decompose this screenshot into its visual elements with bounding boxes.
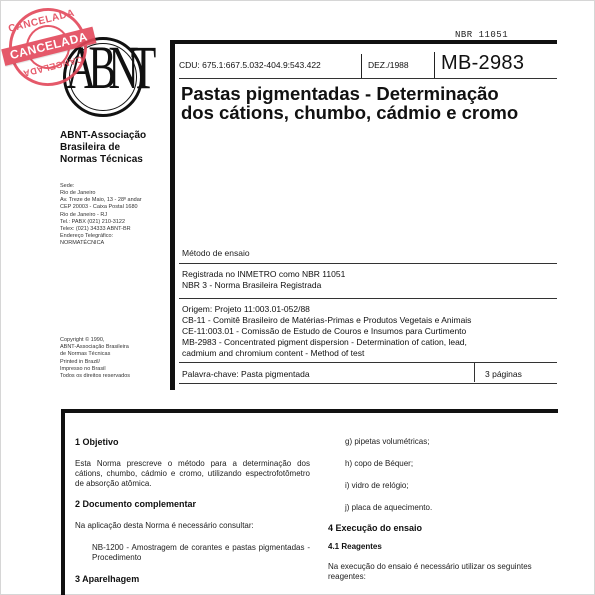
sede-line: Telex: (021) 34333 ABNT-BR [60, 226, 170, 233]
publication-date: DEZ./1988 [368, 60, 409, 70]
title-line: dos cátions, chumbo, cádmio e cromo [181, 103, 561, 122]
subsection-heading: 4.1 Reagentes [328, 542, 558, 551]
origin-line: MB-2983 - Concentrated pigment dispersio… [182, 337, 471, 348]
origin-line: CE-11:003.01 - Comissão de Estudo de Cou… [182, 326, 471, 337]
reference-item: NB-1200 - Amostragem de corantes e pasta… [75, 543, 310, 563]
registration-line: Registrada no INMETRO como NBR 11051 [182, 269, 345, 280]
divider [179, 263, 557, 264]
origin-line: Origem: Projeto 11:003.01-052/88 [182, 304, 471, 315]
copyright-line: Copyright © 1990, [60, 337, 170, 344]
headquarters-address: Sede: Rio de Janeiro Av. Treze de Maio, … [60, 183, 170, 247]
body-box: 1 Objetivo Esta Norma prescreve o método… [61, 409, 558, 595]
header-left-rule [170, 40, 175, 390]
section-heading: 3 Aparelhagem [75, 574, 310, 584]
copyright-line: Impresso no Brasil [60, 366, 170, 373]
keywords: Palavra-chave: Pasta pigmentada [182, 369, 310, 379]
org-line: Brasileira de [60, 142, 170, 154]
body-left-rule [61, 409, 65, 595]
org-line: ABNT-Associação [60, 130, 170, 142]
origin-line: cadmium and chromium content - Method of… [182, 348, 471, 359]
sede-line: Av. Treze de Maio, 13 - 28º andar [60, 197, 170, 204]
title-line: Pastas pigmentadas - Determinação [181, 84, 561, 103]
list-item: j) placa de aquecimento. [328, 503, 558, 512]
sede-line: Sede: [60, 183, 170, 190]
copyright-line: Printed in Brazil/ [60, 359, 170, 366]
origin-line: CB-11 - Comitê Brasileiro de Matérias-Pr… [182, 315, 471, 326]
section-text: Na aplicação desta Norma é necessário co… [75, 521, 310, 531]
sede-line: Rio de Janeiro [60, 190, 170, 197]
header-box: CDU: 675.1:667.5.032-404.9:543.422 DEZ./… [170, 40, 557, 392]
copyright-line: ABNT-Associação Brasileira [60, 344, 170, 351]
section-heading: 2 Documento complementar [75, 499, 310, 509]
classification-row: CDU: 675.1:667.5.032-404.9:543.422 DEZ./… [179, 52, 557, 78]
divider [434, 52, 435, 78]
registration-line: NBR 3 - Norma Brasileira Registrada [182, 280, 345, 291]
organization-name: ABNT-Associação Brasileira de Normas Téc… [60, 130, 170, 166]
divider [179, 78, 557, 79]
document-type: Método de ensaio [182, 248, 250, 258]
sede-line: Tel.: PABX (021) 210-3122 [60, 219, 170, 226]
divider [179, 383, 557, 384]
divider [179, 298, 557, 299]
standard-code: MB-2983 [441, 52, 524, 75]
sede-line: Endereço Telegráfico: [60, 233, 170, 240]
left-column: 1 Objetivo Esta Norma prescreve o método… [75, 437, 310, 584]
section-heading: 1 Objetivo [75, 437, 310, 447]
header-top-rule [170, 40, 557, 44]
right-column: g) pipetas volumétricas; h) copo de Béqu… [328, 437, 558, 582]
body-top-rule [61, 409, 558, 413]
copyright-line: Todos os direitos reservados [60, 373, 170, 380]
section-text: Na execução do ensaio é necessário utili… [328, 562, 558, 582]
page-count: 3 páginas [485, 369, 522, 379]
divider [361, 54, 362, 78]
divider [179, 362, 557, 363]
divider [474, 362, 475, 382]
nbr-number: NBR 11051 [455, 30, 508, 40]
document-title: Pastas pigmentadas - Determinação dos cá… [181, 84, 561, 122]
copyright-line: de Normas Técnicas [60, 351, 170, 358]
list-item: i) vidro de relógio; [328, 481, 558, 490]
registration-info: Registrada no INMETRO como NBR 11051 NBR… [182, 269, 345, 291]
copyright-notice: Copyright © 1990, ABNT-Associação Brasil… [60, 337, 170, 380]
sede-line: NORMATÉCNICA [60, 240, 170, 247]
sede-line: Rio de Janeiro - RJ [60, 212, 170, 219]
origin-info: Origem: Projeto 11:003.01-052/88 CB-11 -… [182, 304, 471, 359]
list-item: h) copo de Béquer; [328, 459, 558, 468]
sede-line: CEP 20003 - Caixa Postal 1680 [60, 204, 170, 211]
cdu-code: CDU: 675.1:667.5.032-404.9:543.422 [179, 60, 321, 70]
section-heading: 4 Execução do ensaio [328, 523, 558, 533]
list-item: g) pipetas volumétricas; [328, 437, 558, 446]
section-text: Esta Norma prescreve o método para a det… [75, 459, 310, 489]
org-line: Normas Técnicas [60, 154, 170, 166]
